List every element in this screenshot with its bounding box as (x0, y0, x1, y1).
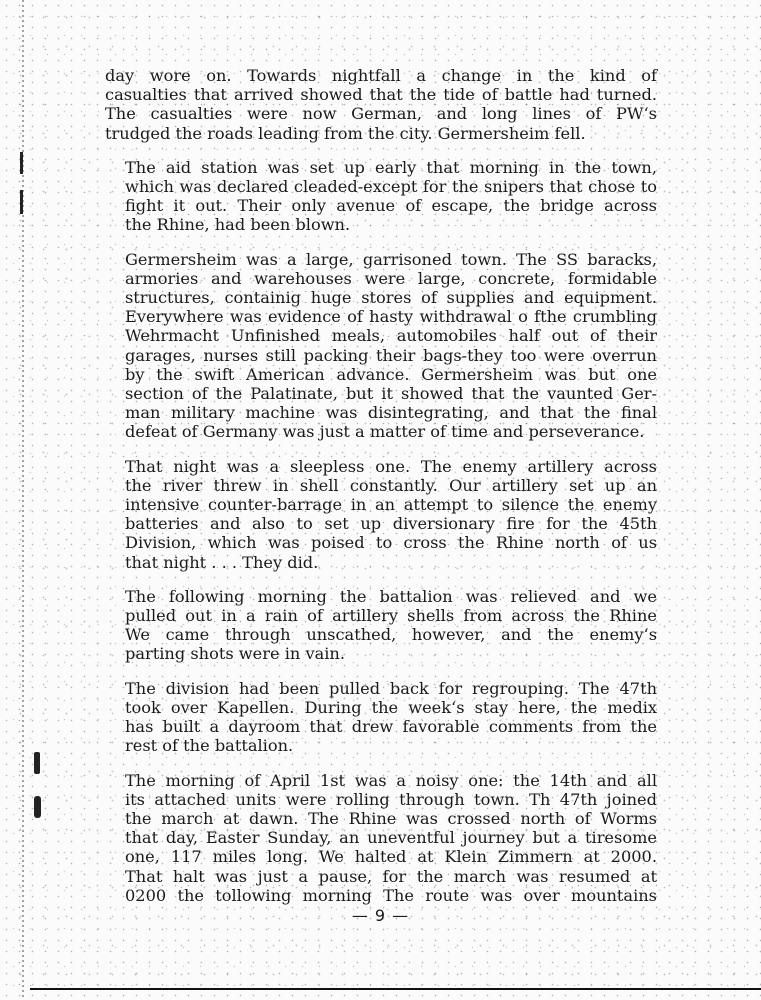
paragraph: The following morning the battalion was … (105, 587, 657, 664)
text-line: casualties that arrived showed that the … (105, 85, 657, 104)
paragraph: The morning of April 1st was a noisy one… (105, 771, 657, 905)
text-line: Division, which was poised to cross the … (105, 533, 657, 552)
paragraph: Germersheim was a large, garrisoned town… (105, 250, 657, 442)
text-line: defeat of Germany was just a matter of t… (105, 422, 657, 441)
text-line: Everywhere was evidence of hasty withdra… (105, 307, 657, 326)
text-line: fight it out. Their only avenue of escap… (105, 196, 657, 215)
text-line: the Rhine, had been blown. (105, 215, 657, 234)
text-line: pulled out in a rain of artillery shells… (105, 606, 657, 625)
text-line: Germersheim was a large, garrisoned town… (105, 250, 657, 269)
text-line: which was declared cleaded-except for th… (105, 177, 657, 196)
paragraph: The division had been pulled back for re… (105, 679, 657, 756)
binding-mark (20, 152, 23, 174)
text-line: That night was a sleepless one. The enem… (105, 457, 657, 476)
text-line: The casualties were now German, and long… (105, 104, 657, 123)
text-line: The following morning the battalion was … (105, 587, 657, 606)
text-line: intensive counter-barrage in an attempt … (105, 495, 657, 514)
text-line: That halt was just a pause, for the marc… (105, 867, 657, 886)
text-line: day wore on. Towards nightfall a change … (105, 66, 657, 85)
text-line: We came through unscathed, however, and … (105, 625, 657, 644)
text-line: The morning of April 1st was a noisy one… (105, 771, 657, 790)
text-line: the march at dawn. The Rhine was crossed… (105, 809, 657, 828)
text-line: man military machine was disintegrating,… (105, 403, 657, 422)
text-line: that night . . . They did. (105, 553, 657, 572)
text-line: structures, containig huge stores of sup… (105, 288, 657, 307)
text-line: The aid station was set up early that mo… (105, 158, 657, 177)
text-line: that day, Easter Sunday, an uneventful j… (105, 828, 657, 847)
text-line: its attached units were rolling through … (105, 790, 657, 809)
scan-left-edge (22, 0, 24, 1000)
text-line: by the swift American advance. Germershe… (105, 365, 657, 384)
text-line: Wehrmacht Unfinished meals, automobiles … (105, 326, 657, 345)
text-line: batteries and also to set up diversionar… (105, 514, 657, 533)
text-line: The division had been pulled back for re… (105, 679, 657, 698)
text-line: section of the Palatinate, but it showed… (105, 384, 657, 403)
page-number: — 9 — (0, 906, 761, 925)
text-line: one, 117 miles long. We halted at Klein … (105, 847, 657, 866)
text-line: rest of the battalion. (105, 736, 657, 755)
text-line: took over Kapellen. During the week‘s st… (105, 698, 657, 717)
text-line: 0200 the tollowing morning The route was… (105, 886, 657, 905)
text-line: has built a dayroom that drew favorable … (105, 717, 657, 736)
binding-hole-mark (34, 752, 40, 774)
bottom-rule (30, 988, 761, 990)
page-body: day wore on. Towards nightfall a change … (105, 66, 657, 920)
text-line: garages, nurses still packing their bags… (105, 346, 657, 365)
text-line: armories and warehouses were large, conc… (105, 269, 657, 288)
paragraph: That night was a sleepless one. The enem… (105, 457, 657, 572)
paragraph: The aid station was set up early that mo… (105, 158, 657, 235)
paragraph: day wore on. Towards nightfall a change … (105, 66, 657, 143)
text-line: parting shots were in vain. (105, 644, 657, 663)
binding-hole-mark (34, 796, 41, 818)
binding-mark (20, 190, 23, 214)
text-line: the river threw in shell constantly. Our… (105, 476, 657, 495)
text-line: trudged the roads leading from the city.… (105, 124, 657, 143)
